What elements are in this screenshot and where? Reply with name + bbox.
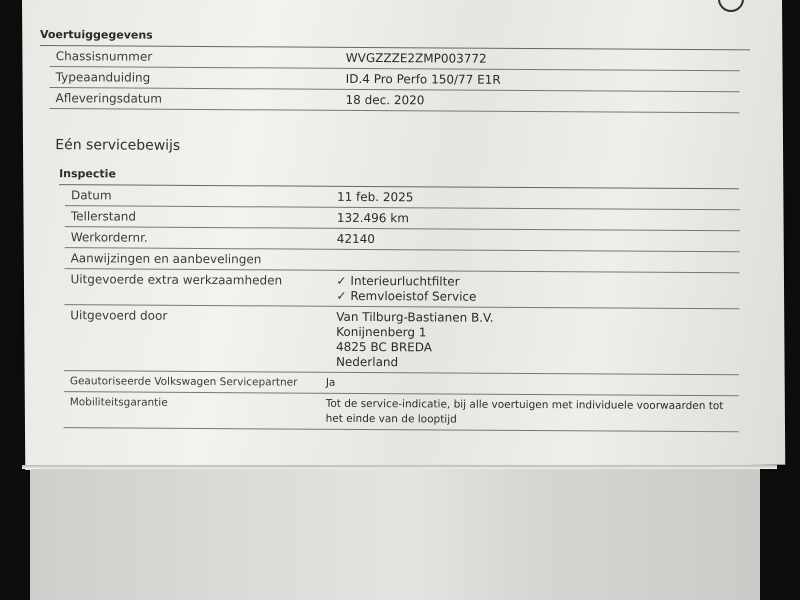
row-value: Van Tilburg-Bastianen B.V. Konijnenberg … bbox=[336, 310, 739, 372]
row-value: WVGZZZE2ZMP003772 bbox=[346, 51, 740, 68]
row-value: ✓Interieurluchtfilter ✓Remvloeistof Serv… bbox=[336, 274, 739, 306]
inspection-table-bottom: Geautoriseerde Volkswagen Servicepartner… bbox=[38, 371, 758, 432]
check-item-label: Interieurluchtfilter bbox=[350, 274, 459, 289]
table-row: Afleveringsdatum 18 dec. 2020 bbox=[50, 88, 740, 113]
row-value: Ja bbox=[326, 376, 739, 394]
row-value: ID.4 Pro Perfo 150/77 E1R bbox=[346, 72, 740, 89]
paper-folded-bottom bbox=[30, 468, 760, 600]
row-label: Mobiliteitsgarantie bbox=[64, 395, 326, 427]
row-label: Typeaanduiding bbox=[50, 70, 346, 87]
row-value: 18 dec. 2020 bbox=[346, 93, 740, 110]
row-value: Tot de service-indicatie, bij alle voert… bbox=[326, 397, 739, 430]
row-label: Afleveringsdatum bbox=[50, 91, 346, 108]
table-row-extra-work: Uitgevoerde extra werkzaamheden ✓Interie… bbox=[64, 269, 739, 309]
checkmark-icon: ✓ bbox=[336, 289, 350, 304]
vehicle-table: Chassisnummer WVGZZZE2ZMP003772 Typeaand… bbox=[40, 46, 760, 113]
row-label: Geautoriseerde Volkswagen Servicepartner bbox=[64, 374, 326, 391]
paper-fold bbox=[22, 465, 777, 469]
inspection-table: Datum 11 feb. 2025 Tellerstand 132.496 k… bbox=[38, 185, 759, 375]
row-value: 132.496 km bbox=[337, 211, 740, 228]
row-value bbox=[337, 253, 740, 270]
row-label: Aanwijzingen en aanbevelingen bbox=[65, 251, 337, 268]
check-item-label: Remvloeistof Service bbox=[350, 289, 476, 304]
row-label: Uitgevoerde extra werkzaamheden bbox=[64, 272, 336, 304]
checkmark-icon: ✓ bbox=[336, 274, 350, 289]
address-line: Nederland bbox=[336, 355, 739, 372]
check-list-item: ✓Remvloeistof Service bbox=[336, 289, 739, 306]
row-label: Uitgevoerd door bbox=[64, 308, 336, 370]
service-document: Voertuiggegevens Chassisnummer WVGZZZE2Z… bbox=[38, 28, 760, 432]
service-title: Eén servicebewijs bbox=[55, 137, 759, 157]
row-label: Datum bbox=[65, 188, 337, 205]
table-row-performed-by: Uitgevoerd door Van Tilburg-Bastianen B.… bbox=[64, 305, 739, 375]
row-label: Tellerstand bbox=[65, 209, 337, 226]
row-value: 42140 bbox=[337, 232, 740, 249]
row-label: Chassisnummer bbox=[50, 49, 346, 66]
row-label: Werkordernr. bbox=[65, 230, 337, 247]
table-row: Mobiliteitsgarantie Tot de service-indic… bbox=[64, 392, 739, 432]
row-value: 11 feb. 2025 bbox=[337, 190, 740, 207]
